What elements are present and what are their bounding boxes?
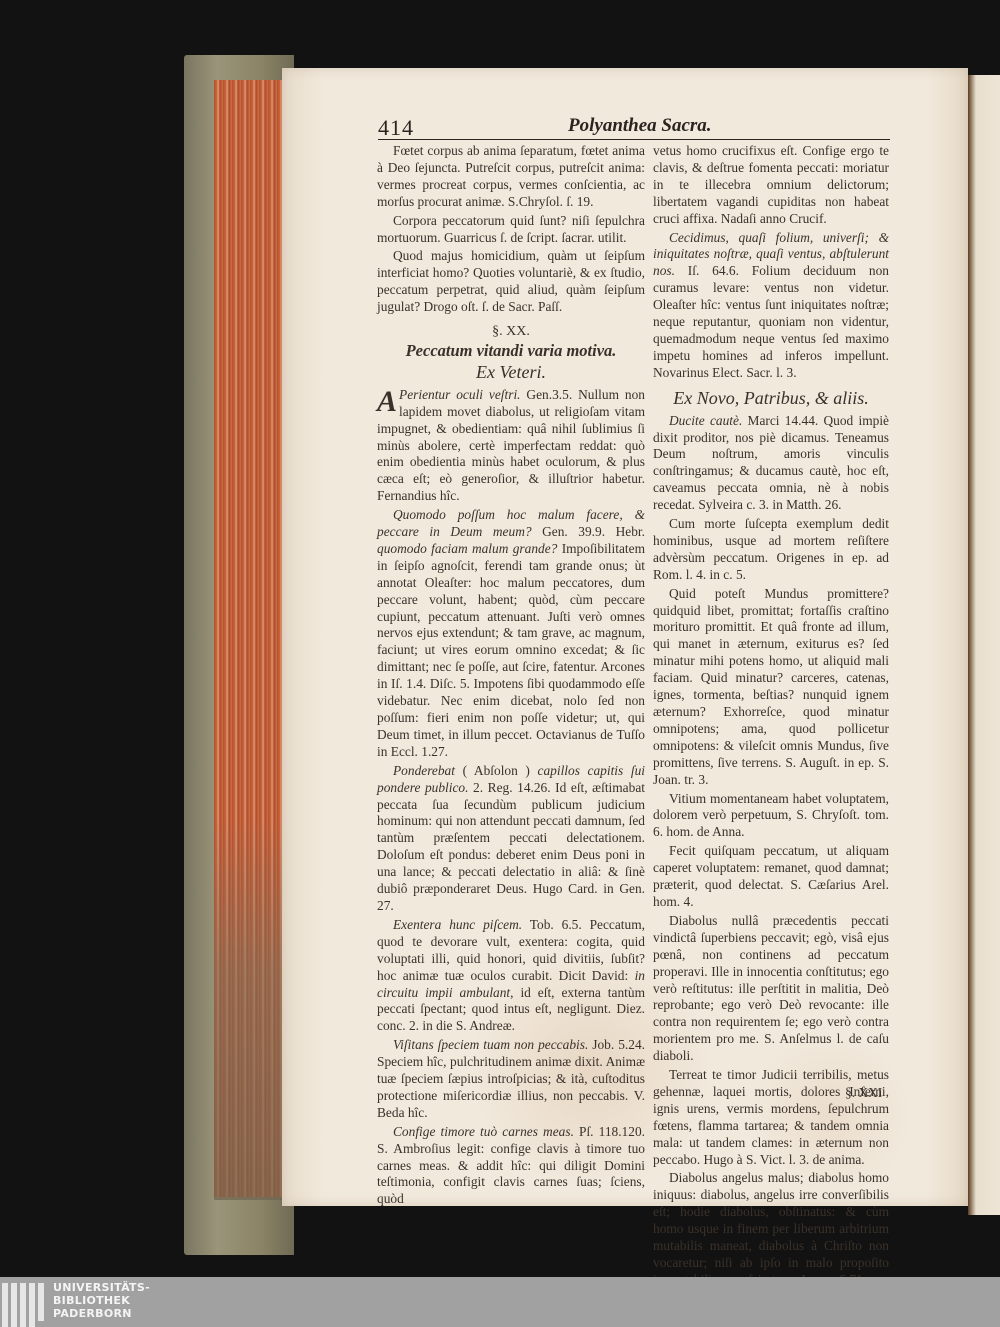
section-number: §. XX. (377, 324, 645, 341)
library-name-line: UNIVERSITÄTS- (53, 1281, 150, 1294)
paragraph: Diabolus nullâ præcedentis peccati vindi… (653, 913, 889, 1065)
paragraph: Ducite cautè. Marci 14.44. Quod impiè di… (653, 413, 889, 514)
paragraph: Quod majus homicidium, quàm ut ſeipſum i… (377, 248, 645, 316)
subsection-title: Ex Veteri. (377, 364, 645, 381)
left-column: Fœtet corpus ab anima ſeparatum, fœtet a… (377, 143, 645, 1210)
scripture-quote: Viſitans ſpeciem tuam non peccabis. (393, 1037, 588, 1052)
scripture-quote: Perientur oculi veſtri. (399, 387, 521, 402)
paragraph: Fecit quiſquam peccatum, ut aliquam cape… (653, 843, 889, 911)
paragraph: Ponderebat ( Abſolon ) capillos capitis … (377, 763, 645, 915)
subsection-title: Ex Novo, Patribus, & aliis. (653, 390, 889, 407)
paragraph: Quomodo poſſum hoc malum facere, & pecca… (377, 507, 645, 761)
section-title: Peccatum vitandi varia motiva. (377, 343, 645, 360)
paragraph: Exentera hunc piſcem. Tob. 6.5. Peccatum… (377, 917, 645, 1035)
scripture-quote: Confige timore tuò carnes meas. (393, 1124, 574, 1139)
paragraph: Quid poteſt Mundus promittere? quidquid … (653, 586, 889, 789)
scripture-quote: Ponderebat (393, 763, 455, 778)
paragraph-text: 2. Reg. 14.26. Id eſt, æſtimabat peccata… (377, 780, 645, 913)
running-header: 414 Polyanthea Sacra. (378, 115, 890, 140)
library-name-line: BIBLIOTHEK (53, 1294, 150, 1307)
page-number: 414 (378, 115, 414, 141)
paragraph-text: ( Abſolon ) (455, 763, 538, 778)
paragraph: Confige timore tuò carnes meas. Pſ. 118.… (377, 1124, 645, 1209)
library-logo-icon (2, 1283, 44, 1327)
scripture-quote: Ducite cautè. (669, 413, 742, 428)
scripture-quote: Exentera hunc piſcem. (393, 917, 522, 932)
paragraph-text: Diabolus angelus malus; diabolus homo in… (653, 1170, 889, 1286)
library-name-line: PADERBORN (53, 1307, 150, 1320)
paragraph: APerientur oculi veſtri. Gen.3.5. Nullum… (377, 387, 645, 505)
right-column: vetus homo crucifixus eſt. Confige ergo … (653, 143, 889, 1325)
paragraph-text: Impoſibilitatem in ſeipſo agnoſcit, fere… (377, 541, 645, 759)
drop-cap: A (377, 389, 397, 415)
library-name: UNIVERSITÄTS- BIBLIOTHEK PADERBORN (53, 1281, 150, 1320)
paragraph-text: Gen. 39.9. Hebr. (532, 524, 645, 539)
scripture-quote: quomodo faciam malum grande? (377, 541, 557, 556)
paragraph: Vitium momentaneam habet voluptatem, dol… (653, 791, 889, 842)
next-page-edge (968, 75, 1000, 1215)
paragraph: Corpora peccatorum quid ſunt? niſi ſepul… (377, 213, 645, 247)
paragraph: Viſitans ſpeciem tuam non peccabis. Job.… (377, 1037, 645, 1122)
paragraph: Terreat te timor Judicii terribilis, met… (653, 1067, 889, 1168)
library-footer: UNIVERSITÄTS- BIBLIOTHEK PADERBORN (0, 1277, 1000, 1327)
paragraph: Fœtet corpus ab anima ſeparatum, fœtet a… (377, 143, 645, 211)
catchword: §. XXI (845, 1085, 882, 1101)
paragraph: Cum morte ſuſcepta exemplum dedit homini… (653, 516, 889, 584)
paragraph-text: Iſ. 64.6. Folium deciduum non curamus le… (653, 263, 889, 379)
paragraph: Cecidimus, quaſi folium, univerſi; & ini… (653, 230, 889, 382)
page-edges-shadow (214, 820, 284, 1200)
paragraph: vetus homo crucifixus eſt. Confige ergo … (653, 143, 889, 228)
paragraph-text: Gen.3.5. Nullum non lapidem movet diabol… (377, 387, 645, 503)
running-title: Polyanthea Sacra. (568, 115, 712, 137)
